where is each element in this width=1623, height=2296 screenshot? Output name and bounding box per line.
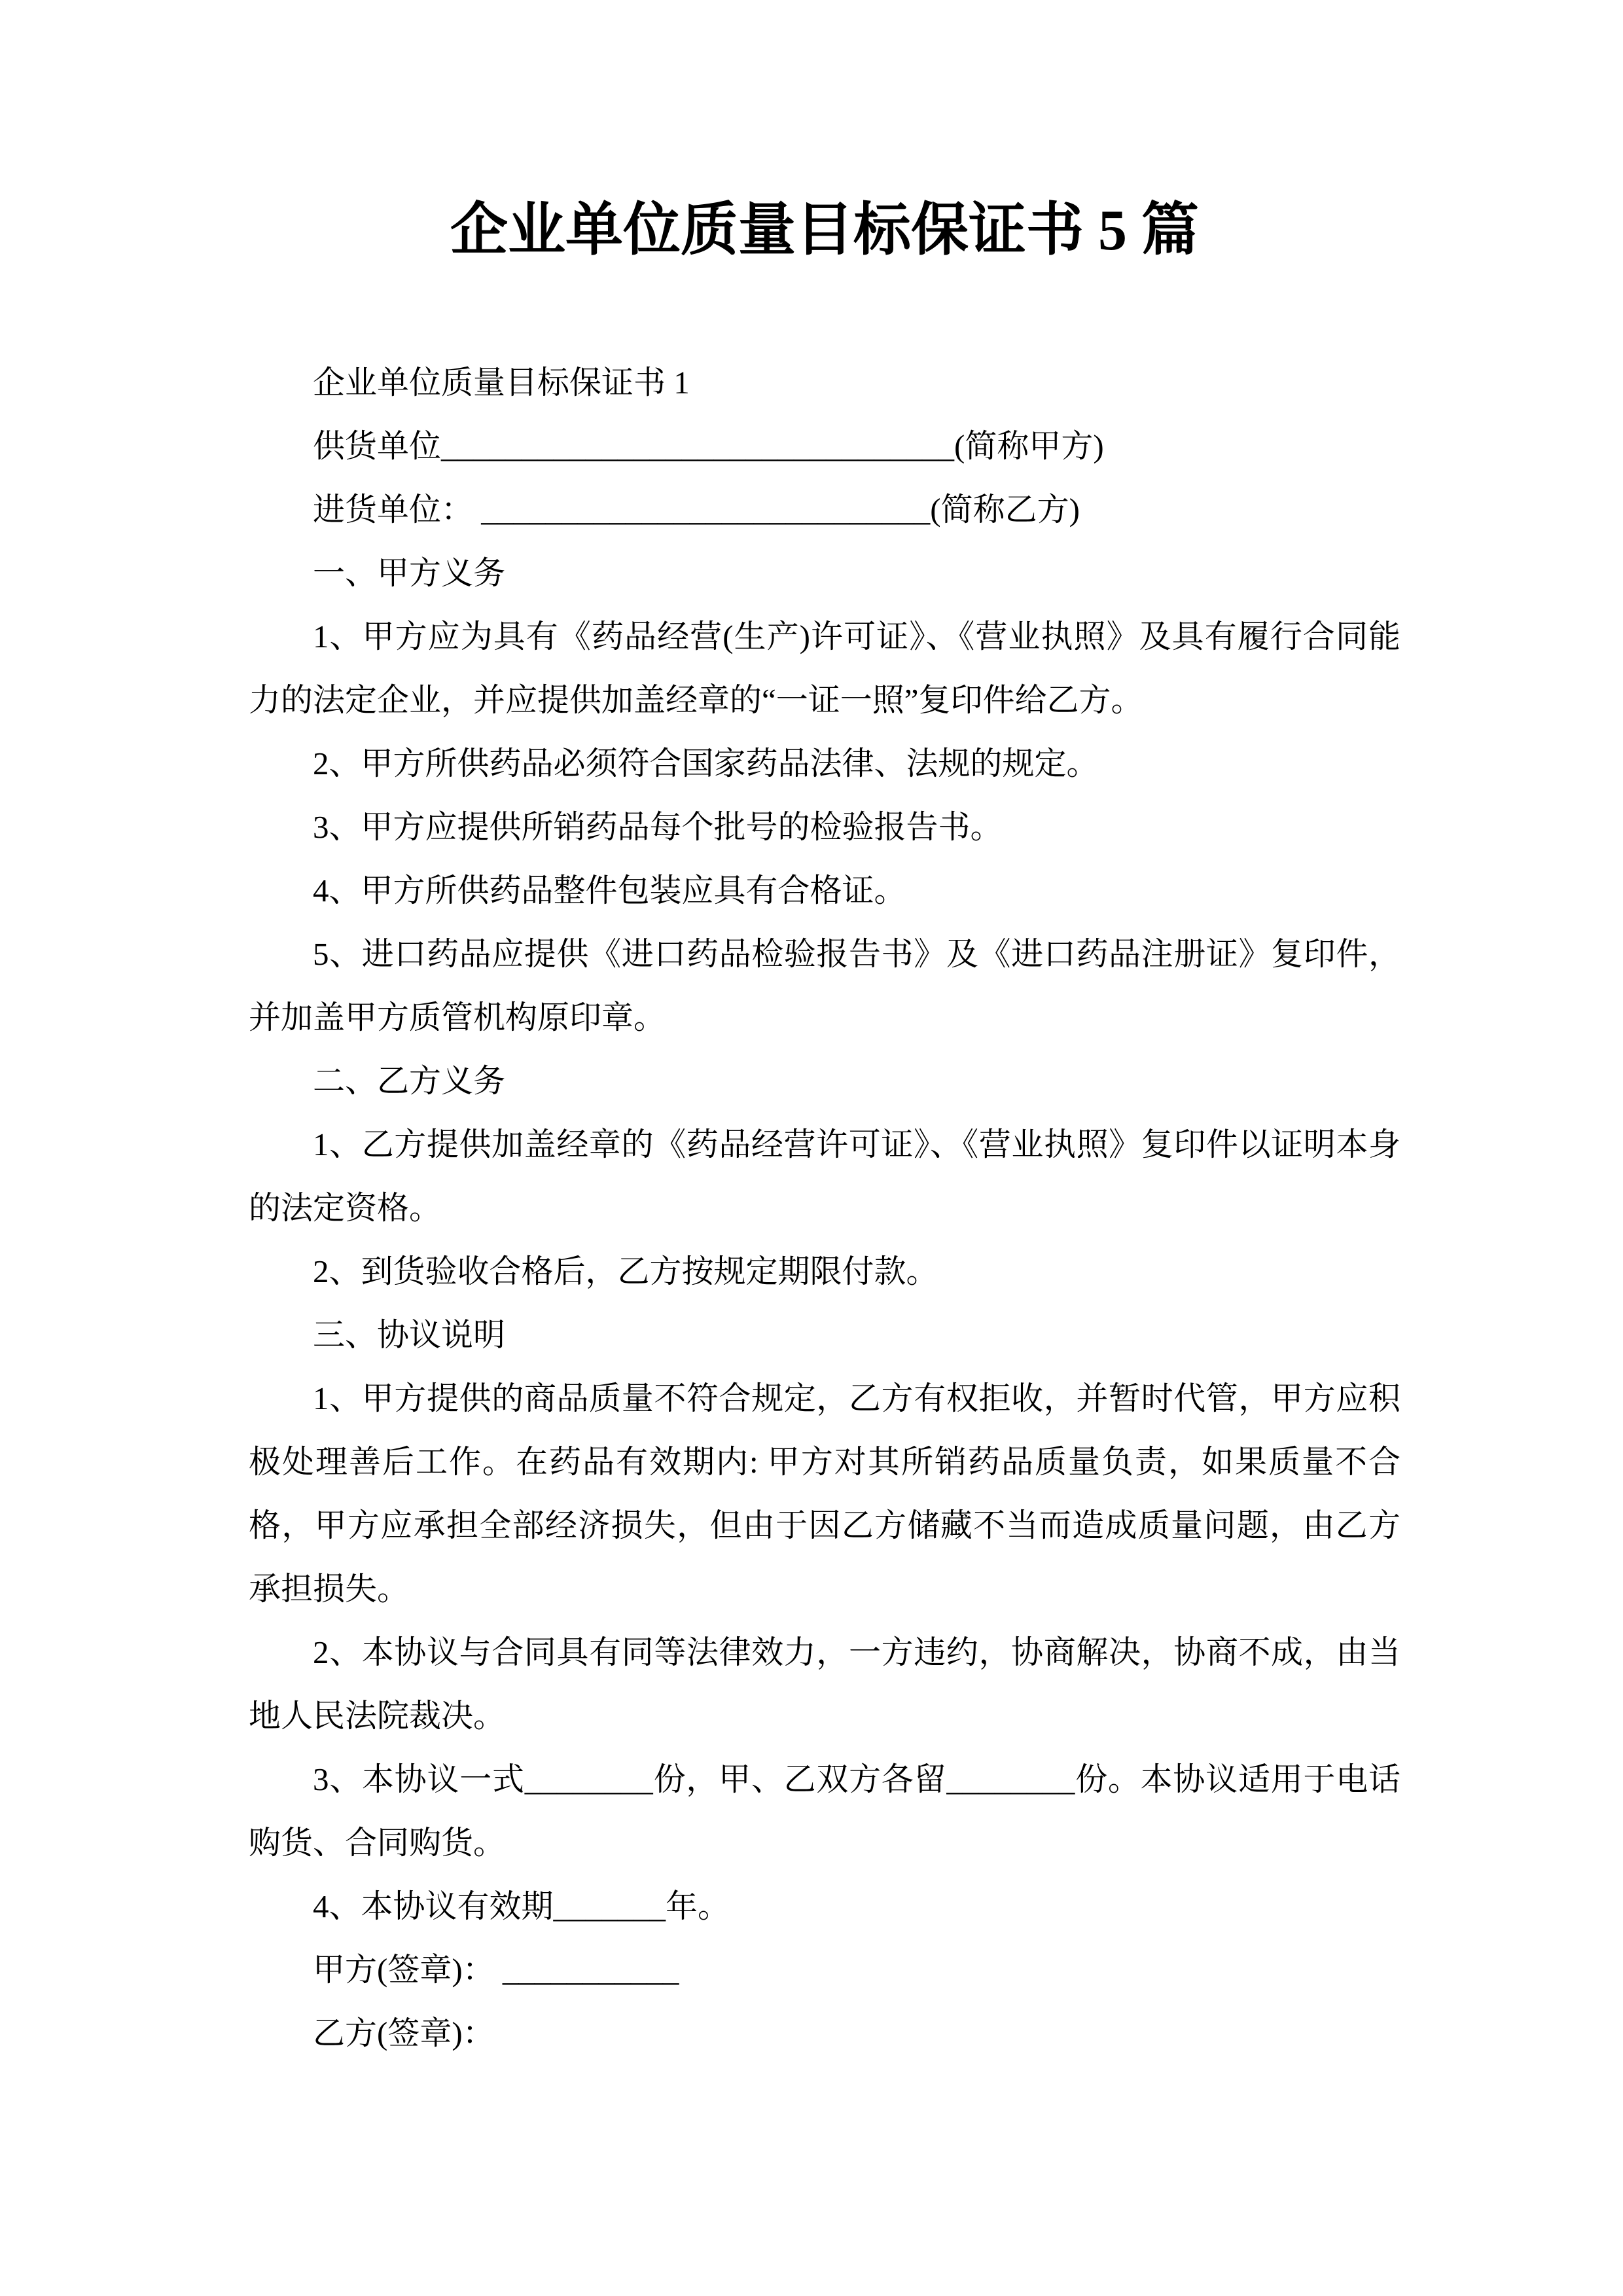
party-a-signature-line: 甲方(签章)： ___________ (249, 1938, 1400, 2001)
party-a-clause-2: 2、甲方所供药品必须符合国家药品法律、法规的规定。 (249, 732, 1400, 795)
supplier-blank-line: 供货单位________________________________(简称甲… (249, 414, 1400, 478)
party-a-clause-3: 3、甲方应提供所销药品每个批号的检验报告书。 (249, 795, 1400, 859)
agreement-clause-1: 1、甲方提供的商品质量不符合规定，乙方有权拒收，并暂时代管，甲方应积极处理善后工… (249, 1367, 1400, 1621)
party-a-clause-4: 4、甲方所供药品整件包装应具有合格证。 (249, 859, 1400, 922)
purchaser-blank-line: 进货单位： ____________________________(简称乙方) (249, 478, 1400, 541)
heading-agreement-notes: 三、协议说明 (249, 1303, 1400, 1367)
section-heading-copy-1: 企业单位质量目标保证书 1 (249, 351, 1400, 414)
document-page: 企业单位质量目标保证书 5 篇 企业单位质量目标保证书 1 供货单位______… (0, 0, 1623, 2296)
page-title: 企业单位质量目标保证书 5 篇 (249, 196, 1400, 265)
party-b-clause-2: 2、到货验收合格后，乙方按规定期限付款。 (249, 1240, 1400, 1303)
party-a-clause-5: 5、进口药品应提供《进口药品检验报告书》及《进口药品注册证》复印件，并加盖甲方质… (249, 922, 1400, 1049)
heading-party-a-obligations: 一、甲方义务 (249, 541, 1400, 605)
agreement-clause-2: 2、本协议与合同具有同等法律效力，一方违约，协商解决，协商不成，由当地人民法院裁… (249, 1621, 1400, 1748)
agreement-clause-3: 3、本协议一式________份，甲、乙双方各留________份。本协议适用于… (249, 1748, 1400, 1874)
agreement-clause-4: 4、本协议有效期_______年。 (249, 1874, 1400, 1938)
party-b-signature-line: 乙方(签章)： (249, 2001, 1400, 2065)
party-a-clause-1: 1、甲方应为具有《药品经营(生产)许可证》、《营业执照》及具有履行合同能力的法定… (249, 605, 1400, 732)
party-b-clause-1: 1、乙方提供加盖经章的《药品经营许可证》、《营业执照》复印件以证明本身的法定资格… (249, 1113, 1400, 1240)
heading-party-b-obligations: 二、乙方义务 (249, 1049, 1400, 1113)
